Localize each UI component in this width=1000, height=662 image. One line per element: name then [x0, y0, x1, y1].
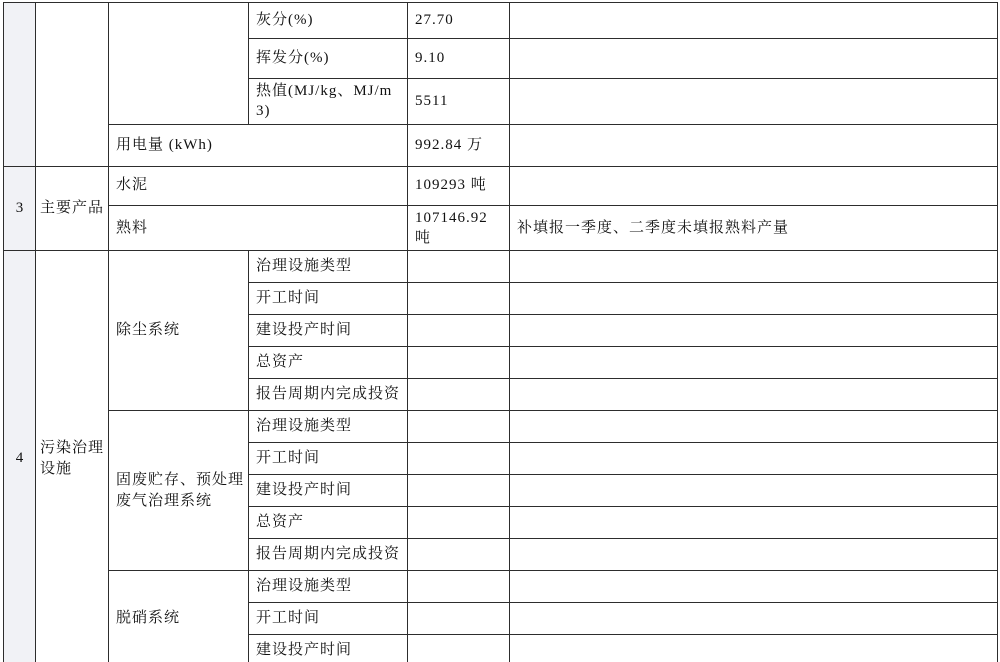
table-row: 熟料 107146.92 吨 补填报一季度、二季度未填报熟料产量	[4, 205, 998, 251]
system-cell	[109, 3, 249, 125]
table-row: 灰分(%) 27.70	[4, 3, 998, 39]
table-row: 固废贮存、预处理废气治理系统 治理设施类型	[4, 411, 998, 443]
category-cell: 主要产品	[36, 166, 109, 251]
item-label-cell: 报告周期内完成投资	[249, 539, 408, 571]
remark-cell	[510, 79, 998, 125]
remark-cell	[510, 379, 998, 411]
system-cell: 除尘系统	[109, 251, 249, 411]
category-cell: 污染治理设施	[36, 251, 109, 662]
remark-cell	[510, 507, 998, 539]
item-label-cell: 治理设施类型	[249, 571, 408, 603]
value-cell	[408, 443, 510, 475]
value-cell: 992.84 万	[408, 124, 510, 166]
table-row: 4 污染治理设施 除尘系统 治理设施类型	[4, 251, 998, 283]
remark-cell	[510, 39, 998, 79]
remark-cell	[510, 251, 998, 283]
remark-cell	[510, 166, 998, 205]
value-cell	[408, 379, 510, 411]
system-cell: 固废贮存、预处理废气治理系统	[109, 411, 249, 571]
item-label-cell: 报告周期内完成投资	[249, 379, 408, 411]
value-cell	[408, 539, 510, 571]
remark-cell	[510, 603, 998, 635]
value-cell	[408, 475, 510, 507]
item-label-cell: 开工时间	[249, 603, 408, 635]
value-cell	[408, 411, 510, 443]
item-label-cell: 用电量 (kWh)	[109, 124, 408, 166]
row-number-cell: 3	[4, 166, 36, 251]
item-label-cell: 开工时间	[249, 283, 408, 315]
table-row: 3 主要产品 水泥 109293 吨	[4, 166, 998, 205]
value-cell	[408, 283, 510, 315]
remark-cell	[510, 635, 998, 662]
remark-cell: 补填报一季度、二季度未填报熟料产量	[510, 205, 998, 251]
value-cell	[408, 507, 510, 539]
item-label-cell: 建设投产时间	[249, 635, 408, 662]
table-row: 用电量 (kWh) 992.84 万	[4, 124, 998, 166]
category-cell	[36, 3, 109, 167]
item-label-cell: 建设投产时间	[249, 475, 408, 507]
item-label-cell: 治理设施类型	[249, 411, 408, 443]
table-row: 脱硝系统 治理设施类型	[4, 571, 998, 603]
remark-cell	[510, 124, 998, 166]
system-cell: 脱硝系统	[109, 571, 249, 662]
row-number-cell: 4	[4, 251, 36, 662]
remark-cell	[510, 443, 998, 475]
value-cell	[408, 315, 510, 347]
item-label-cell: 灰分(%)	[249, 3, 408, 39]
item-label-cell: 总资产	[249, 347, 408, 379]
value-cell: 5511	[408, 79, 510, 125]
item-label-cell: 挥发分(%)	[249, 39, 408, 79]
value-cell	[408, 251, 510, 283]
report-page: 灰分(%) 27.70 挥发分(%) 9.10 热值(MJ/kg、MJ/m3) …	[0, 0, 1000, 662]
remark-cell	[510, 315, 998, 347]
remark-cell	[510, 3, 998, 39]
product-name-cell: 熟料	[109, 205, 408, 251]
product-name-cell: 水泥	[109, 166, 408, 205]
remark-cell	[510, 347, 998, 379]
remark-cell	[510, 571, 998, 603]
value-cell	[408, 603, 510, 635]
value-cell	[408, 571, 510, 603]
item-label-cell: 开工时间	[249, 443, 408, 475]
value-cell: 109293 吨	[408, 166, 510, 205]
row-number-cell	[4, 3, 36, 167]
value-cell	[408, 635, 510, 662]
item-label-cell: 总资产	[249, 507, 408, 539]
item-label-cell: 热值(MJ/kg、MJ/m3)	[249, 79, 408, 125]
remark-cell	[510, 283, 998, 315]
remark-cell	[510, 475, 998, 507]
report-table: 灰分(%) 27.70 挥发分(%) 9.10 热值(MJ/kg、MJ/m3) …	[3, 2, 998, 662]
item-label-cell: 建设投产时间	[249, 315, 408, 347]
value-cell: 9.10	[408, 39, 510, 79]
value-cell: 27.70	[408, 3, 510, 39]
value-cell: 107146.92 吨	[408, 205, 510, 251]
remark-cell	[510, 411, 998, 443]
item-label-cell: 治理设施类型	[249, 251, 408, 283]
value-cell	[408, 347, 510, 379]
remark-cell	[510, 539, 998, 571]
